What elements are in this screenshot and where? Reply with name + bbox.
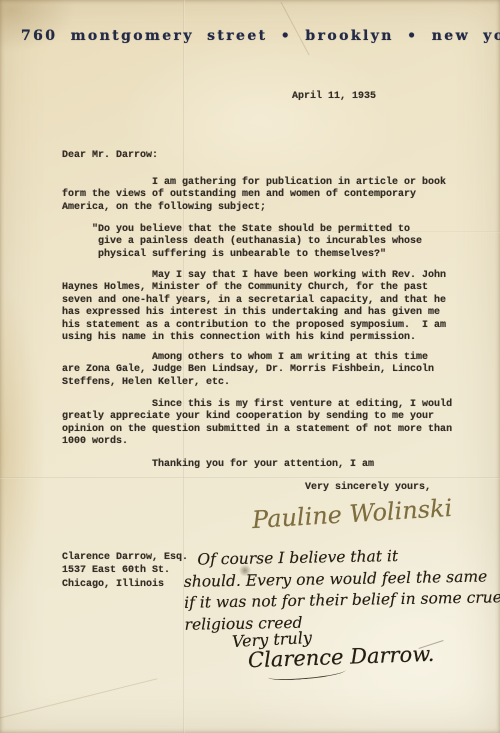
recipient-address: Clarence Darrow, Esq. 1537 East 60th St.… [62,551,188,591]
paragraph-request: Since this is my first venture at editin… [62,399,452,449]
darrow-handwritten-reply: Of course I believe that it should. Ever… [183,544,500,636]
letter-paper: 760 montgomery street • brooklyn • new y… [0,0,500,733]
closing-line: Thanking you for your attention, I am [62,459,374,471]
letter-date: April 11, 1935 [292,91,376,103]
bottom-wrinkle [0,678,157,723]
pauline-wolinski-signature: Pauline Wolinski [251,494,453,534]
paragraph-others: Among others to whom I am writing at thi… [62,352,434,389]
euthanasia-question: "Do you believe that the State should be… [62,224,422,261]
letterhead-address: 760 montgomery street • brooklyn • new y… [21,28,491,44]
valediction: Very sincerely yours, [305,482,431,494]
salutation: Dear Mr. Darrow: [62,150,158,162]
paragraph-intro: I am gathering for publication in articl… [62,177,446,214]
horizontal-fold-crease [0,477,500,479]
paragraph-holmes: May I say that I have been working with … [62,270,446,344]
